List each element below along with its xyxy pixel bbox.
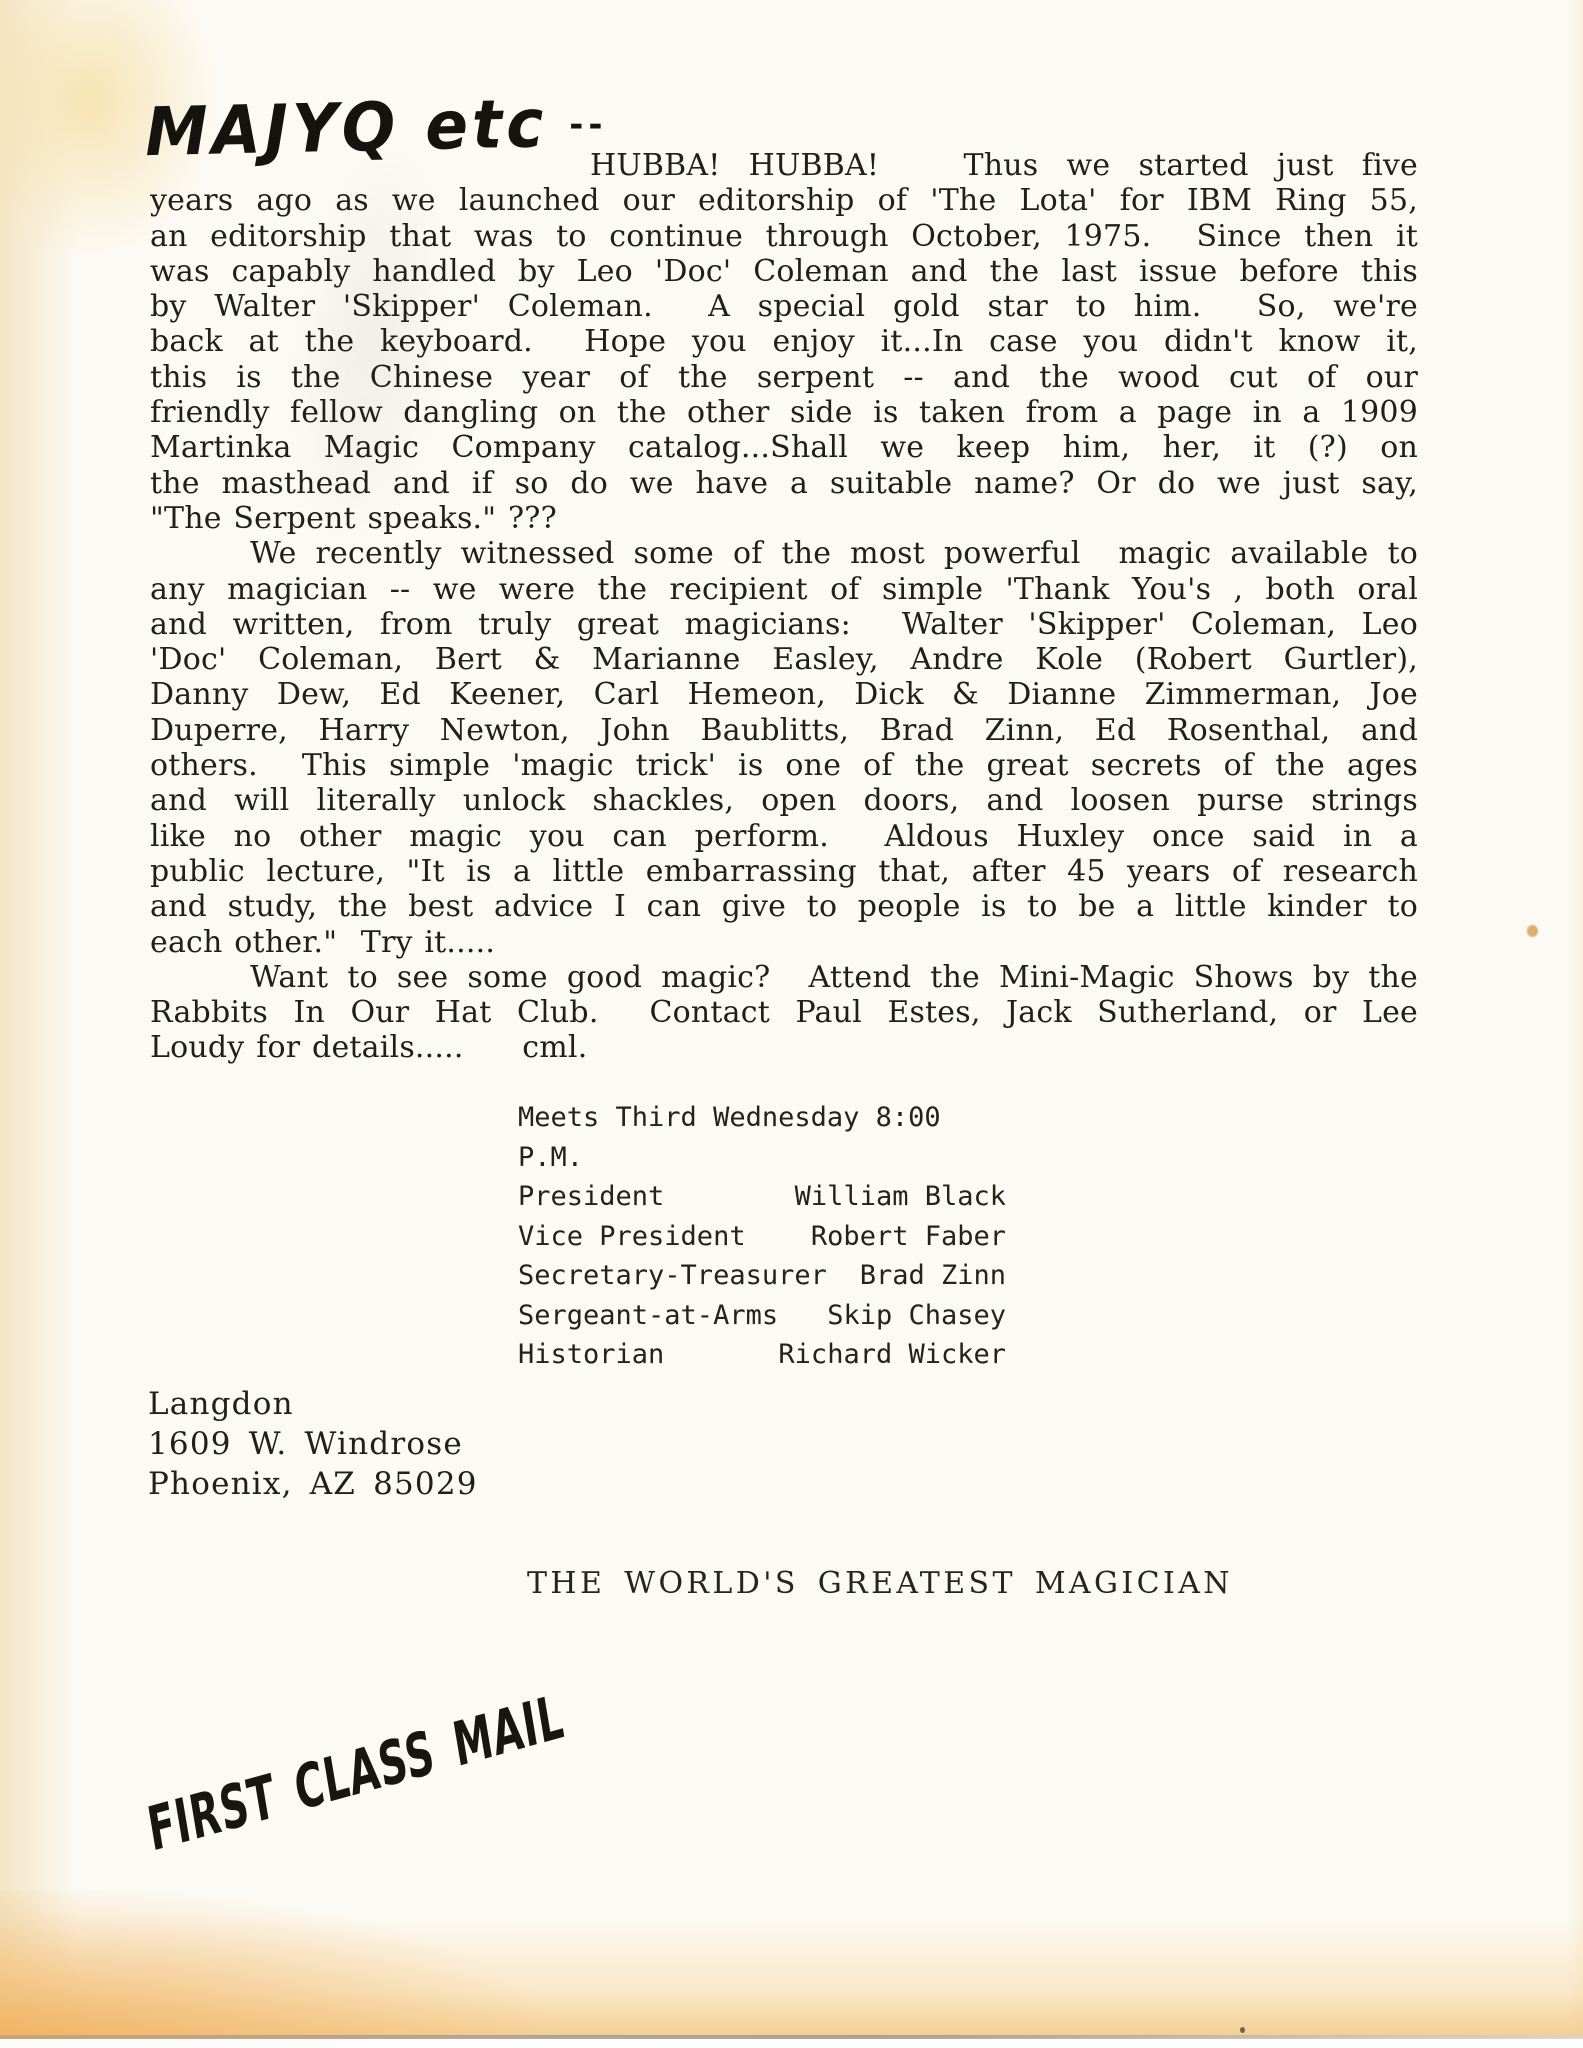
newsletter-page: MAJYQ etc -- HUBBA! HUBBA! Thus we start… xyxy=(0,0,1583,2048)
article-line: HUBBA! HUBBA! Thus we started just five xyxy=(150,148,1418,183)
article-line: We recently witnessed some of the most p… xyxy=(150,536,1418,571)
article-line: Rabbits In Our Hat Club. Contact Paul Es… xyxy=(150,995,1418,1030)
tagline: THE WORLD'S GREATEST MAGICIAN xyxy=(527,1566,1233,1601)
article-line: each other." Try it..... xyxy=(150,925,1418,960)
officer-name: Robert Faber xyxy=(811,1217,1006,1257)
officer-row: PresidentWilliam Black xyxy=(518,1177,1006,1217)
article-line: like no other magic you can perform. Ald… xyxy=(150,819,1418,854)
officer-name: Richard Wicker xyxy=(778,1335,1006,1375)
article-line: back at the keyboard. Hope you enjoy it.… xyxy=(150,324,1418,359)
officer-role: Historian xyxy=(518,1335,664,1375)
article-line: Martinka Magic Company catalog...Shall w… xyxy=(150,430,1418,465)
article-line: was capably handled by Leo 'Doc' Coleman… xyxy=(150,254,1418,289)
paper-speck-orange xyxy=(1527,925,1538,937)
article-line: and will literally unlock shackles, open… xyxy=(150,783,1418,818)
article-line: Duperre, Harry Newton, John Baublitts, B… xyxy=(150,713,1418,748)
officer-name: Brad Zinn xyxy=(860,1256,1006,1296)
article-line: friendly fellow dangling on the other si… xyxy=(150,395,1418,430)
masthead-dashes: -- xyxy=(569,105,607,145)
paper-bottom-band xyxy=(0,1915,1583,2037)
officer-role: Sergeant-at-Arms xyxy=(518,1296,778,1336)
scan-bottom-margin xyxy=(0,2039,1583,2048)
article-line: others. This simple 'magic trick' is one… xyxy=(150,748,1418,783)
article-line: 'Doc' Coleman, Bert & Marianne Easley, A… xyxy=(150,642,1418,677)
mailing-address: Langdon 1609 W. Windrose Phoenix, AZ 850… xyxy=(148,1384,478,1504)
address-street: 1609 W. Windrose xyxy=(148,1424,478,1464)
article-line: years ago as we launched our editorship … xyxy=(150,183,1418,218)
officer-role: President xyxy=(518,1177,664,1217)
article-line: and written, from truly great magicians:… xyxy=(150,607,1418,642)
officers-roster: PresidentWilliam BlackVice PresidentRobe… xyxy=(518,1177,1006,1375)
article-line: Want to see some good magic? Attend the … xyxy=(150,960,1418,995)
paper-left-edge-tint xyxy=(0,0,78,2048)
article-line: any magician -- we were the recipient of… xyxy=(150,572,1418,607)
officer-row: Vice PresidentRobert Faber xyxy=(518,1217,1006,1257)
officer-role: Vice President xyxy=(518,1217,746,1257)
officer-name: William Black xyxy=(795,1177,1006,1217)
article-line: an editorship that was to continue throu… xyxy=(150,219,1418,254)
article-line: "The Serpent speaks." ??? xyxy=(150,501,1418,536)
paper-speck-dark xyxy=(1240,2027,1245,2033)
meeting-time-line: Meets Third Wednesday 8:00 P.M. xyxy=(518,1098,1006,1177)
officer-role: Secretary-Treasurer xyxy=(518,1256,827,1296)
officer-row: Secretary-TreasurerBrad Zinn xyxy=(518,1256,1006,1296)
officer-row: Sergeant-at-ArmsSkip Chasey xyxy=(518,1296,1006,1336)
officer-name: Skip Chasey xyxy=(827,1296,1006,1336)
article-line: Danny Dew, Ed Keener, Carl Hemeon, Dick … xyxy=(150,677,1418,712)
article: HUBBA! HUBBA! Thus we started just fivey… xyxy=(150,148,1418,1066)
article-line: this is the Chinese year of the serpent … xyxy=(150,360,1418,395)
paper-right-edge-tint xyxy=(1567,0,1583,2048)
officer-row: HistorianRichard Wicker xyxy=(518,1335,1006,1375)
first-class-mail-stamp: FIRST CLASS MAIL xyxy=(143,1682,568,1866)
article-line: by Walter 'Skipper' Coleman. A special g… xyxy=(150,289,1418,324)
paper-bottomleft-band xyxy=(0,1890,760,2040)
article-line: the masthead and if so do we have a suit… xyxy=(150,466,1418,501)
article-line: Loudy for details..... cml. xyxy=(150,1030,1418,1065)
officers-block: Meets Third Wednesday 8:00 P.M. Presiden… xyxy=(518,1098,1006,1375)
article-line: and study, the best advice I can give to… xyxy=(150,889,1418,924)
address-city: Phoenix, AZ 85029 xyxy=(148,1464,478,1504)
article-line: public lecture, "It is a little embarras… xyxy=(150,854,1418,889)
address-name: Langdon xyxy=(148,1384,478,1424)
